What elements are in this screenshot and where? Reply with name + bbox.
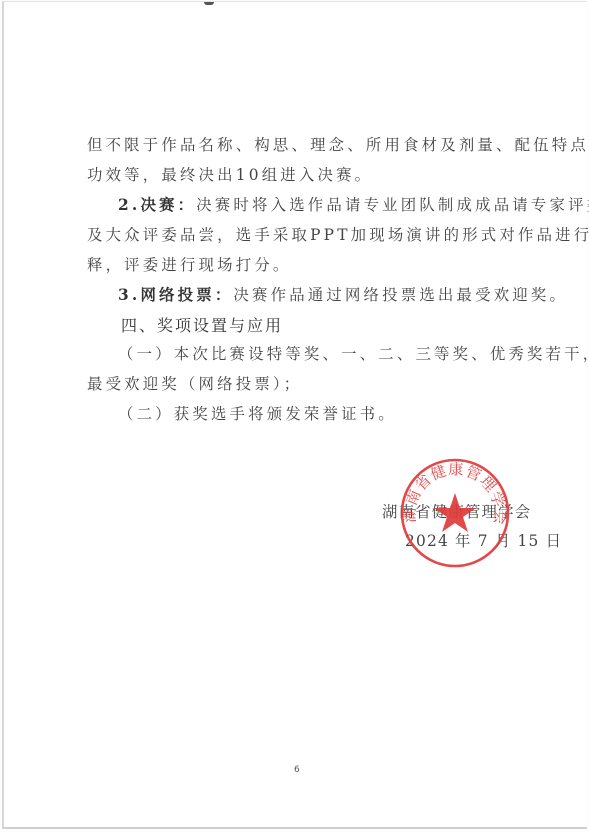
- page-number: 6: [294, 765, 300, 775]
- paragraph-line: 及大众评委品尝，选手采取PPT加现场演讲的形式对作品进行诠: [87, 223, 589, 245]
- award-item-1-cont: 最受欢迎奖（网络投票）；: [87, 372, 302, 394]
- paragraph-final-round: 2.决赛：决赛时将入选作品请专业团队制成成品请专家评委: [118, 193, 589, 215]
- signature-date: 2024 年 7 月 15 日: [405, 529, 562, 551]
- paragraph-line: 功效等，最终决出10组进入决赛。: [87, 163, 373, 185]
- section-heading: 四、奖项设置与应用: [121, 313, 283, 336]
- online-vote-text: 决赛作品通过网络投票选出最受欢迎奖。: [233, 286, 568, 304]
- paragraph-online-vote: 3.网络投票：决赛作品通过网络投票选出最受欢迎奖。: [118, 283, 568, 305]
- award-item-2: （二）获奖选手将颁发荣誉证书。: [118, 402, 397, 424]
- paragraph-line: 释，评委进行现场打分。: [87, 253, 292, 275]
- award-item-1: （一）本次比赛设特等奖、一、二、三等奖、优秀奖若干，: [118, 342, 589, 364]
- final-round-text: 决赛时将入选作品请专业团队制成成品请专家评委: [196, 196, 589, 214]
- online-vote-label: 3.网络投票：: [118, 286, 233, 304]
- paragraph-line: 但不限于作品名称、构思、理念、所用食材及剂量、配伍特点及: [87, 133, 589, 155]
- signature-organization: 湖南省健康管理学会: [382, 500, 531, 522]
- scan-mark: [204, 2, 214, 5]
- final-round-label: 2.决赛：: [118, 196, 196, 214]
- document-page: 但不限于作品名称、构思、理念、所用食材及剂量、配伍特点及 功效等，最终决出10组…: [2, 1, 587, 829]
